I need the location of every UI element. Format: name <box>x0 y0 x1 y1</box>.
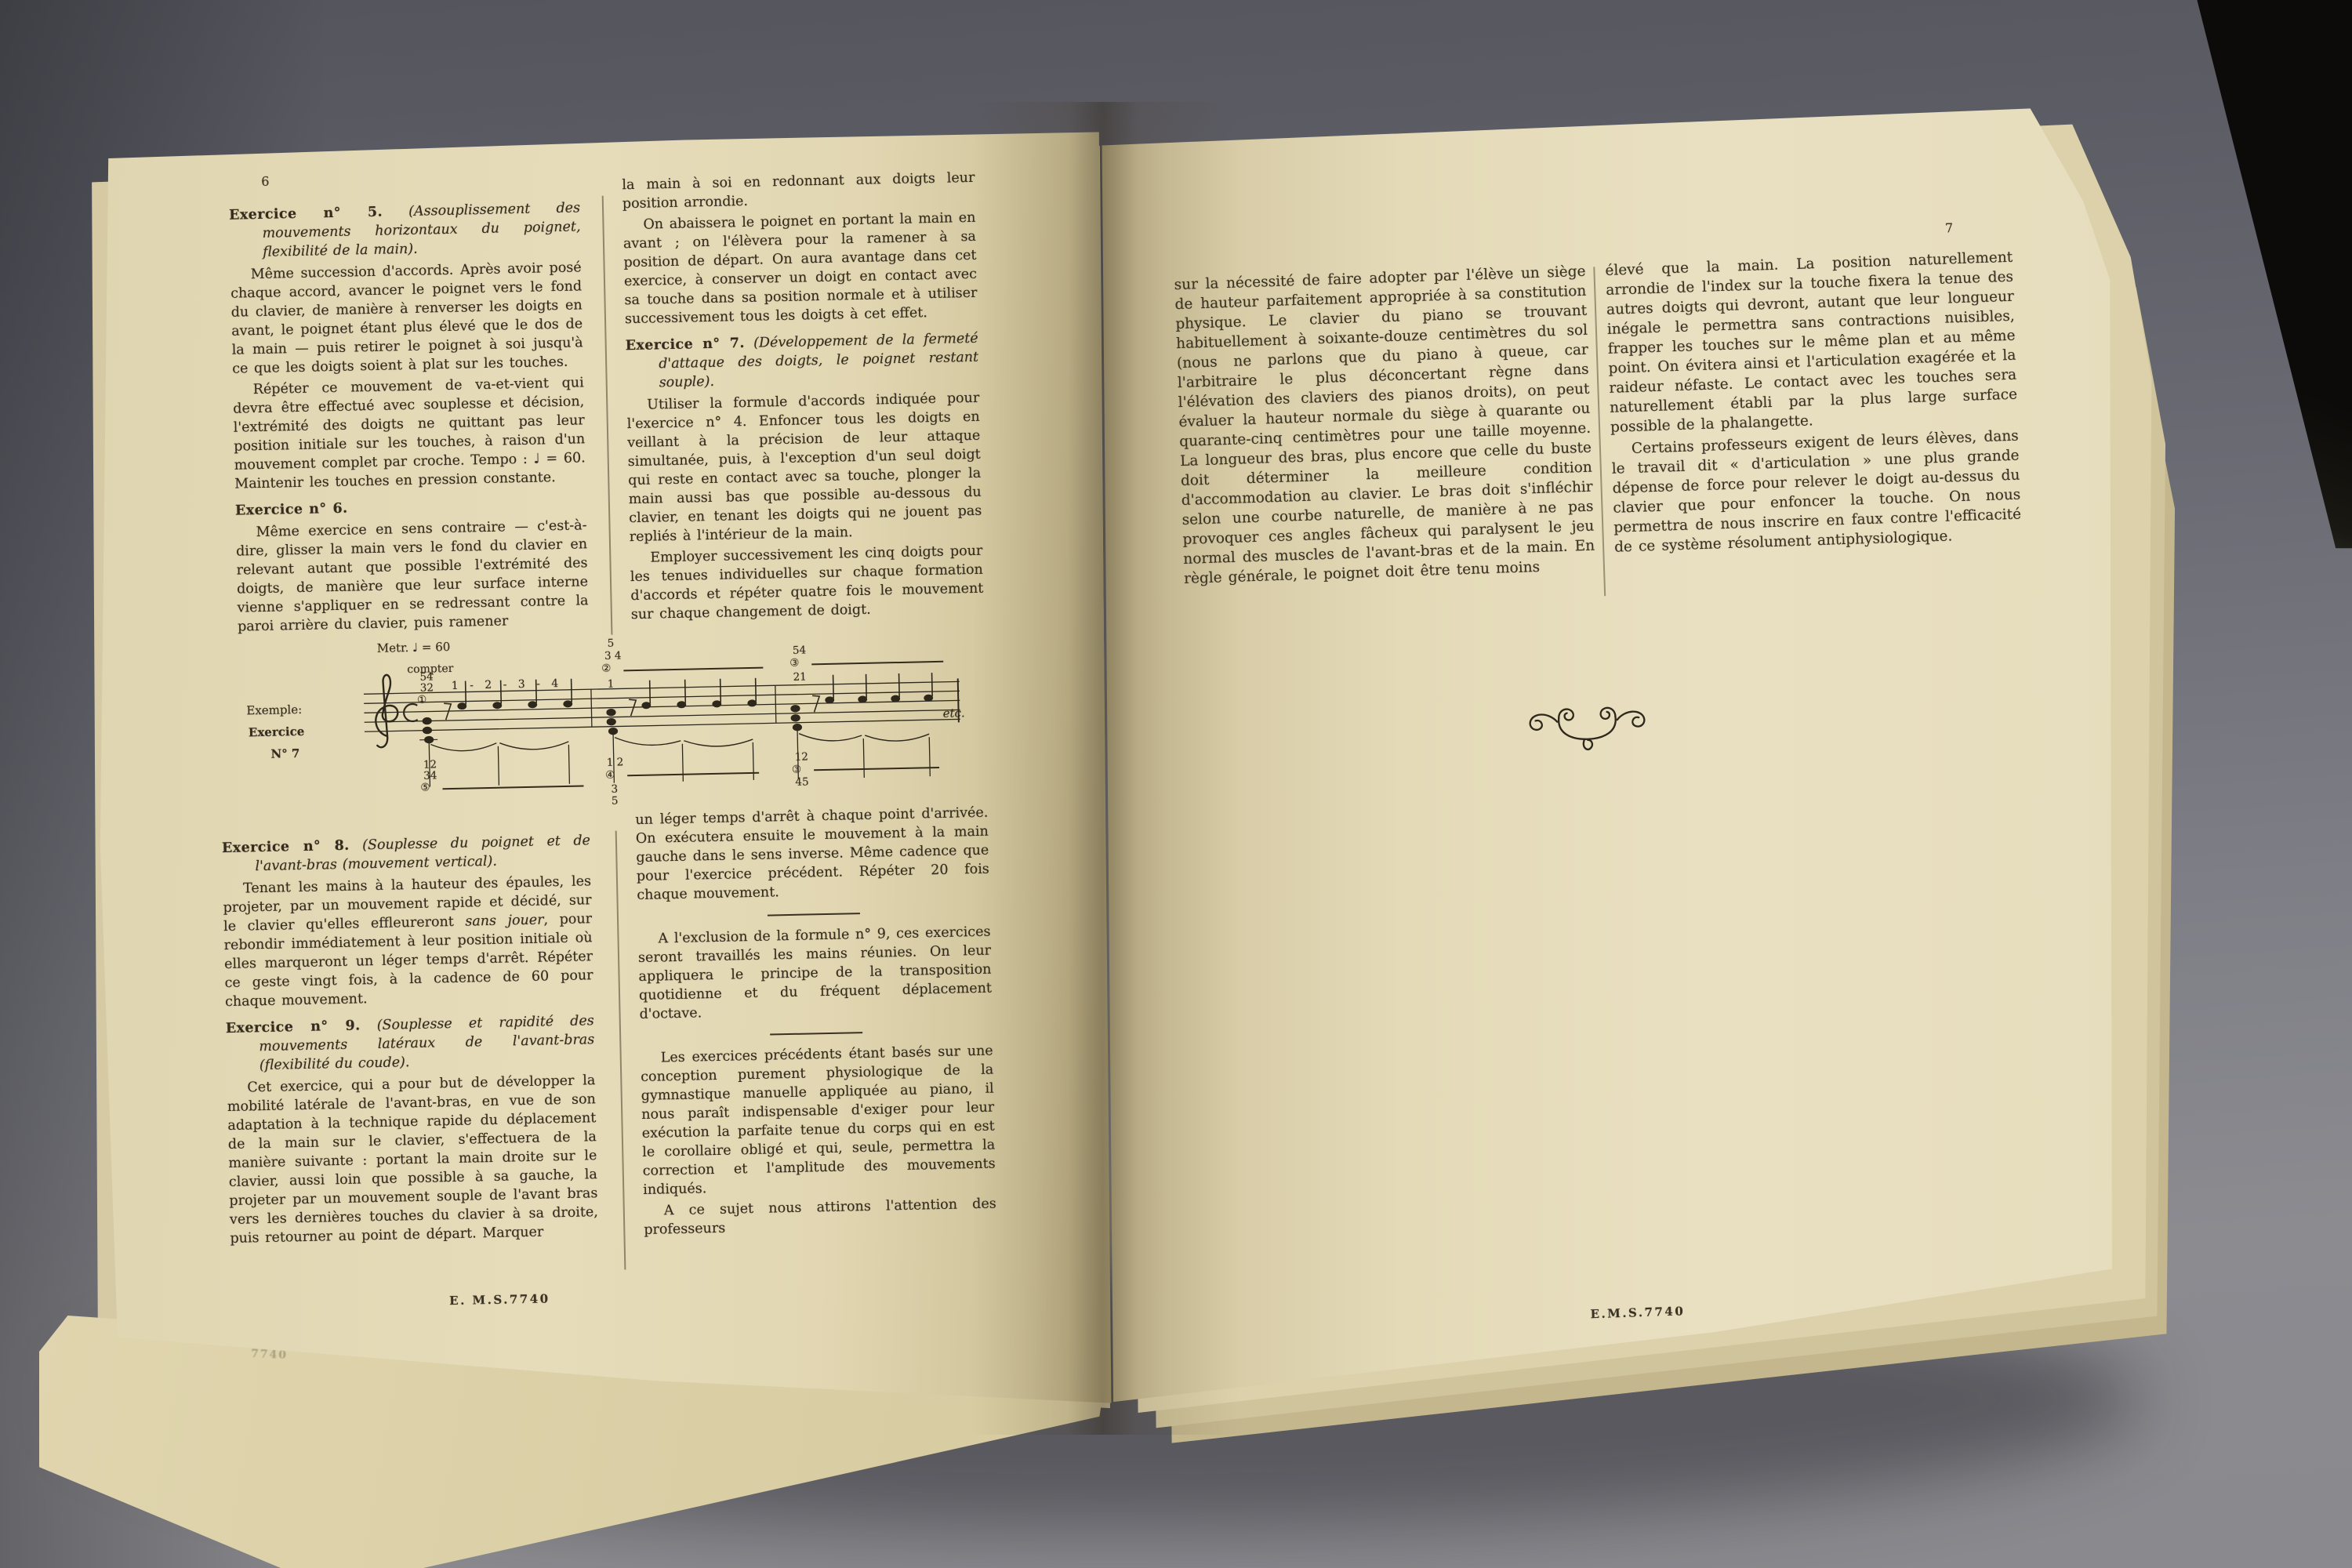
paragraph: Certains professeurs exigent de leurs él… <box>1611 426 2023 557</box>
fingering: 54 <box>793 645 806 655</box>
exercise-6-heading: Exercice n° 6. <box>235 494 586 520</box>
paragraph: On abaissera le poignet en portant la ma… <box>622 209 978 328</box>
end-ornament-icon <box>1520 702 1655 757</box>
section-divider-rule <box>768 913 860 916</box>
plate-number: E. M.S.7740 <box>449 1289 550 1310</box>
left-page-col2-bottom: un léger temps d'arrêt à chaque point d'… <box>635 804 996 1242</box>
right-page-col1: sur la nécessité de faire adopter par l'… <box>1174 262 1595 591</box>
page-number-7: 7 <box>1944 218 1953 238</box>
page-number-6: 6 <box>261 172 270 191</box>
left-page-col2-top: la main à soi en redonnant aux doigts le… <box>622 169 984 626</box>
paragraph: Utiliser la formule d'accords indiquée p… <box>626 389 982 546</box>
photo-of-open-book: { "left_page": { "page_number": "6", "fo… <box>0 0 2352 1568</box>
example-number-label: N° 7 <box>270 744 299 764</box>
column-divider-rule <box>615 831 626 1270</box>
paragraph: A ce sujet nous attirons l'attention des… <box>644 1195 997 1240</box>
exercise-5-heading: Exercice n° 5. (Assouplissement des mouv… <box>229 198 581 262</box>
paragraph: Les exercices précédents étant basés sur… <box>641 1042 996 1200</box>
paragraph: Même exercice en sens contraire — c'est-… <box>235 516 589 636</box>
metronome-label: Metr. ♩ = 60 <box>376 637 450 658</box>
music-staff-svg <box>332 658 977 804</box>
section-divider-rule <box>770 1032 862 1035</box>
paragraph: Employer successivement les cinq doigts … <box>630 542 984 624</box>
paragraph: un léger temps d'arrêt à chaque point d'… <box>635 804 989 905</box>
paragraph: A l'exclusion de la formule n° 9, ces ex… <box>637 923 992 1024</box>
exercise-9-heading: Exercice n° 9. (Souplesse et rapidité de… <box>226 1011 595 1076</box>
paragraph: Même succession d'accords. Après avoir p… <box>230 258 583 378</box>
fingering: 3 4 <box>604 651 622 661</box>
italic-phrase: sans jouer <box>465 913 544 930</box>
paragraph: Répéter ce mouvement de va-et-vient qui … <box>233 373 586 493</box>
exercise-7-heading: Exercice n° 7. (Développement de la ferm… <box>625 329 978 393</box>
paragraph: Cet exercice, qui a pour but de développ… <box>227 1071 598 1248</box>
exercise-8-heading: Exercice n° 8. (Souplesse du poignet et … <box>222 831 591 877</box>
paragraph: Tenant les mains à la hauteur des épaule… <box>223 872 593 1011</box>
right-page-col2: élevé que la main. La position naturelle… <box>1605 248 2022 560</box>
paragraph: sur la nécessité de faire adopter par l'… <box>1174 262 1595 589</box>
treble-clef-icon <box>375 675 398 748</box>
paragraph: la main à soi en redonnant aux doigts le… <box>622 169 975 213</box>
example-exercise-label: Exercice <box>249 722 305 742</box>
fingering: 5 <box>608 639 615 649</box>
left-page-col1-top: Exercice n° 5. (Assouplissement des mouv… <box>229 191 590 638</box>
music-example: Exemple: Exercice N° 7 Metr. ♩ = 60 comp… <box>245 624 1001 820</box>
right-page: 7 sur la nécessité de faire adopter par … <box>1094 102 2129 1419</box>
plate-number: E.M.S.7740 <box>1590 1301 1686 1324</box>
left-page-col1-bottom: Exercice n° 8. (Souplesse du poignet et … <box>222 823 599 1250</box>
paragraph: élevé que la main. La position naturelle… <box>1605 248 2018 437</box>
example-label: Exemple: <box>246 700 302 720</box>
column-divider-rule <box>1593 267 1606 596</box>
column-divider-rule <box>602 196 613 635</box>
left-page: 6 Exercice n° 5. (Assouplissement des mo… <box>94 122 1113 1439</box>
